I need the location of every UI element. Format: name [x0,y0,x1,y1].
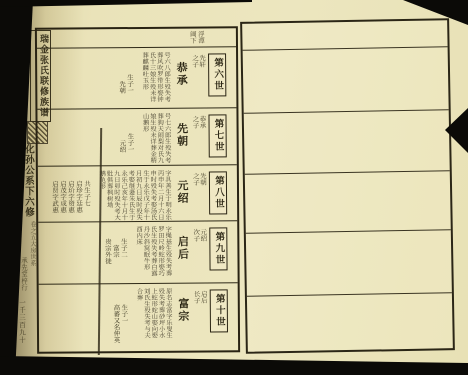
person-details: 字绳基生殁失考葬 罗田尺岭蛇形娶巧 氏生殁失考葬白露 丹沙斜窝眠牛形 酉内床 [135,226,172,277]
relation-label: 元绍 次子 [192,229,206,242]
ruled-row [245,171,451,234]
person-details: 字具善生于明永乐 丙申年二月十六日 申时殁失考娶汤氏 生于永乐戊子年十 月初九日… [98,170,171,221]
generation-label: 第六世 [208,53,226,96]
person-details: 号六八郎生殁失考 葬风吹罗带形娶钟 氏十三娘生殁未详 葬麒麟吐玉形 [141,52,171,103]
generation-row-7: 第七世 恭承 之子 先朝 号七六郎生殁失考 葬狗天闹梨对氏九 娘生殁未详葬金精 … [37,108,236,166]
ruled-row [246,230,452,297]
left-page-table: 浮潭 阔下 第六世 先轩 之子 恭承 号六八郎生殁失考 葬风吹罗带形娶钟 氏十三… [35,26,240,353]
generation-row-8: 第八世 先朝 之子 元绍 字具善生于明永乐 丙申年二月十六日 申时殁失考娶汤氏 … [38,165,237,222]
sons-list: 共生子七 启珍字廷惠 启玠字资惠 启茂字成惠 启贤字武惠 [51,180,91,213]
ruled-row [242,20,447,51]
branch-header-band: 浮潭 阔下 [37,28,236,48]
person-details: 原名志富字乐叟生 殁失考葬砂坪小水 上蛇形蛇山娶向娶 刘氏生殁失考与夫 合葬 [135,288,172,339]
ruled-row [243,47,449,114]
relation-label: 先轩 之子 [191,55,205,68]
right-page-blank [240,18,455,354]
sons-list: 生子一 高蕃又名仲英 [112,304,128,343]
sons-list: 生子二 富宗 贵宗外徙 [104,238,128,264]
relation-label: 启后 长子 [193,291,207,304]
generation-label: 第七世 [208,114,226,157]
person-name: 恭承 [173,62,189,87]
person-name: 富宗 [175,298,191,323]
ruled-row [244,110,450,175]
relation-label: 先朝 之子 [192,173,206,186]
spine-page-number: 一千三百九十 [18,299,27,344]
branch-header: 浮潭 阔下 [189,31,205,44]
generation-row-6: 第六世 先轩 之子 恭承 号六八郎生殁失考 葬风吹罗带形娶钟 氏十三娘生殁未详 … [37,47,236,109]
genealogy-book-scan: 瑞金张氏联修族谱 化孙公系下六修 卷之五大房世系 承先堂梓行 一千三百九十 浮潭… [0,0,468,375]
ruled-row [247,293,453,353]
person-name: 元绍 [174,180,190,205]
generation-label: 第十世 [210,289,228,332]
person-name: 先朝 [174,123,190,148]
generation-label: 第八世 [209,171,227,214]
person-details: 号七六郎生殁失考 葬狗天闹梨对氏九 娘生殁未详葬金精 山鹅形 [141,113,171,164]
generation-row-9: 第九世 元绍 次子 启后 字绳基生殁失考葬 罗田尺岭蛇形娶巧 氏生殁失考葬白露 … [38,221,237,284]
generation-label: 第九世 [209,227,227,270]
generation-row-10: 第十世 启后 长子 富宗 原名志富字乐叟生 殁失考葬砂坪小水 上蛇形蛇山娶向娶 … [39,283,238,347]
person-name: 启后 [174,236,190,261]
sons-list: 生子一 先朝 [118,74,134,94]
sons-list: 生子一 元绍 [118,133,134,153]
relation-label: 恭承 之子 [191,116,205,129]
